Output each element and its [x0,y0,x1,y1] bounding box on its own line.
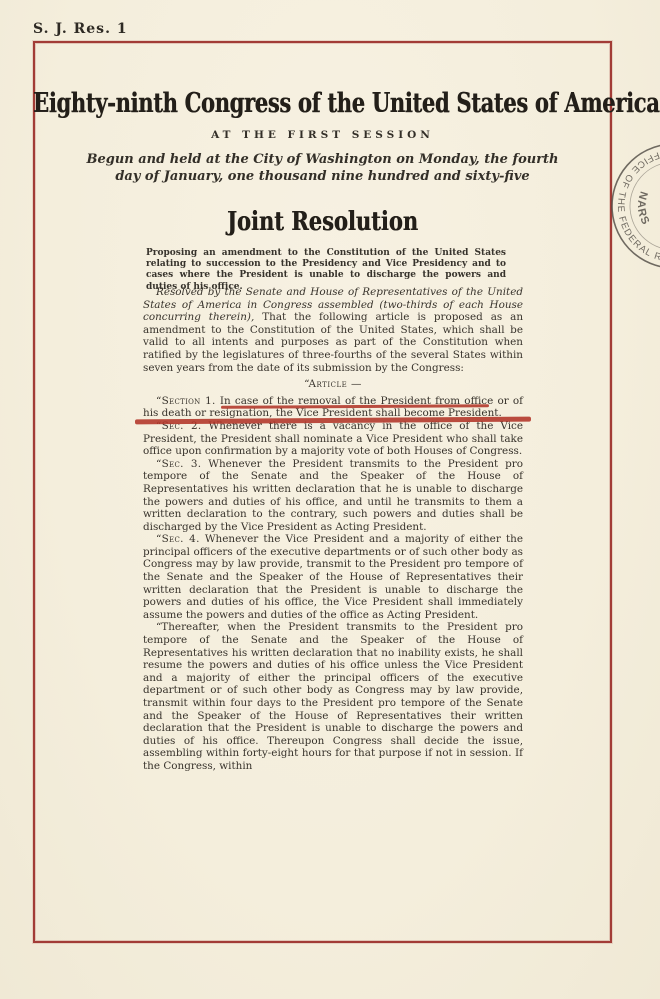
document-page: S. J. Res. 1 Eighty-ninth Congress of th… [0,0,660,999]
doc-number: S. J. Res. 1 [33,21,128,37]
stamp-graphic: OFFICE OF THE FEDERAL REGISTER NARS NO G… [589,121,660,292]
section-1-label: “Section 1. [156,395,216,407]
resolved-paragraph: Resolved by the Senate and House of Repr… [143,286,523,374]
section-3-paragraph: “Sec. 3. Whenever the President transmit… [143,458,523,534]
federal-register-date-stamp: OFFICE OF THE FEDERAL REGISTER NARS NO G… [589,121,660,292]
section-4-text: Whenever the Vice President and a majori… [143,533,523,621]
section-2-label: “Sec. 2. [156,420,202,432]
section-3-label: “Sec. 3. [156,458,201,470]
article-heading: “Article — [143,378,523,391]
thereafter-paragraph: “Thereafter, when the President transmit… [143,621,523,772]
session-line: AT THE FIRST SESSION [33,129,612,141]
congress-title: Eighty-ninth Congress of the United Stat… [33,87,612,119]
section-4-paragraph: “Sec. 4. Whenever the Vice President and… [143,533,523,621]
section-1-paragraph: “Section 1. In case of the removal of th… [143,395,523,420]
resolution-title: Joint Resolution [33,205,612,236]
stamp-agency-text: NARS [634,189,653,228]
section-2-paragraph: “Sec. 2. Whenever there is a vacancy in … [143,420,523,458]
convening-line: Begun and held at the City of Washington… [80,151,565,185]
resolution-body: Resolved by the Senate and House of Repr… [143,286,523,773]
stamp-ring-text: OFFICE OF THE FEDERAL REGISTER [589,121,660,271]
section-4-label: “Sec. 4. [156,533,200,545]
